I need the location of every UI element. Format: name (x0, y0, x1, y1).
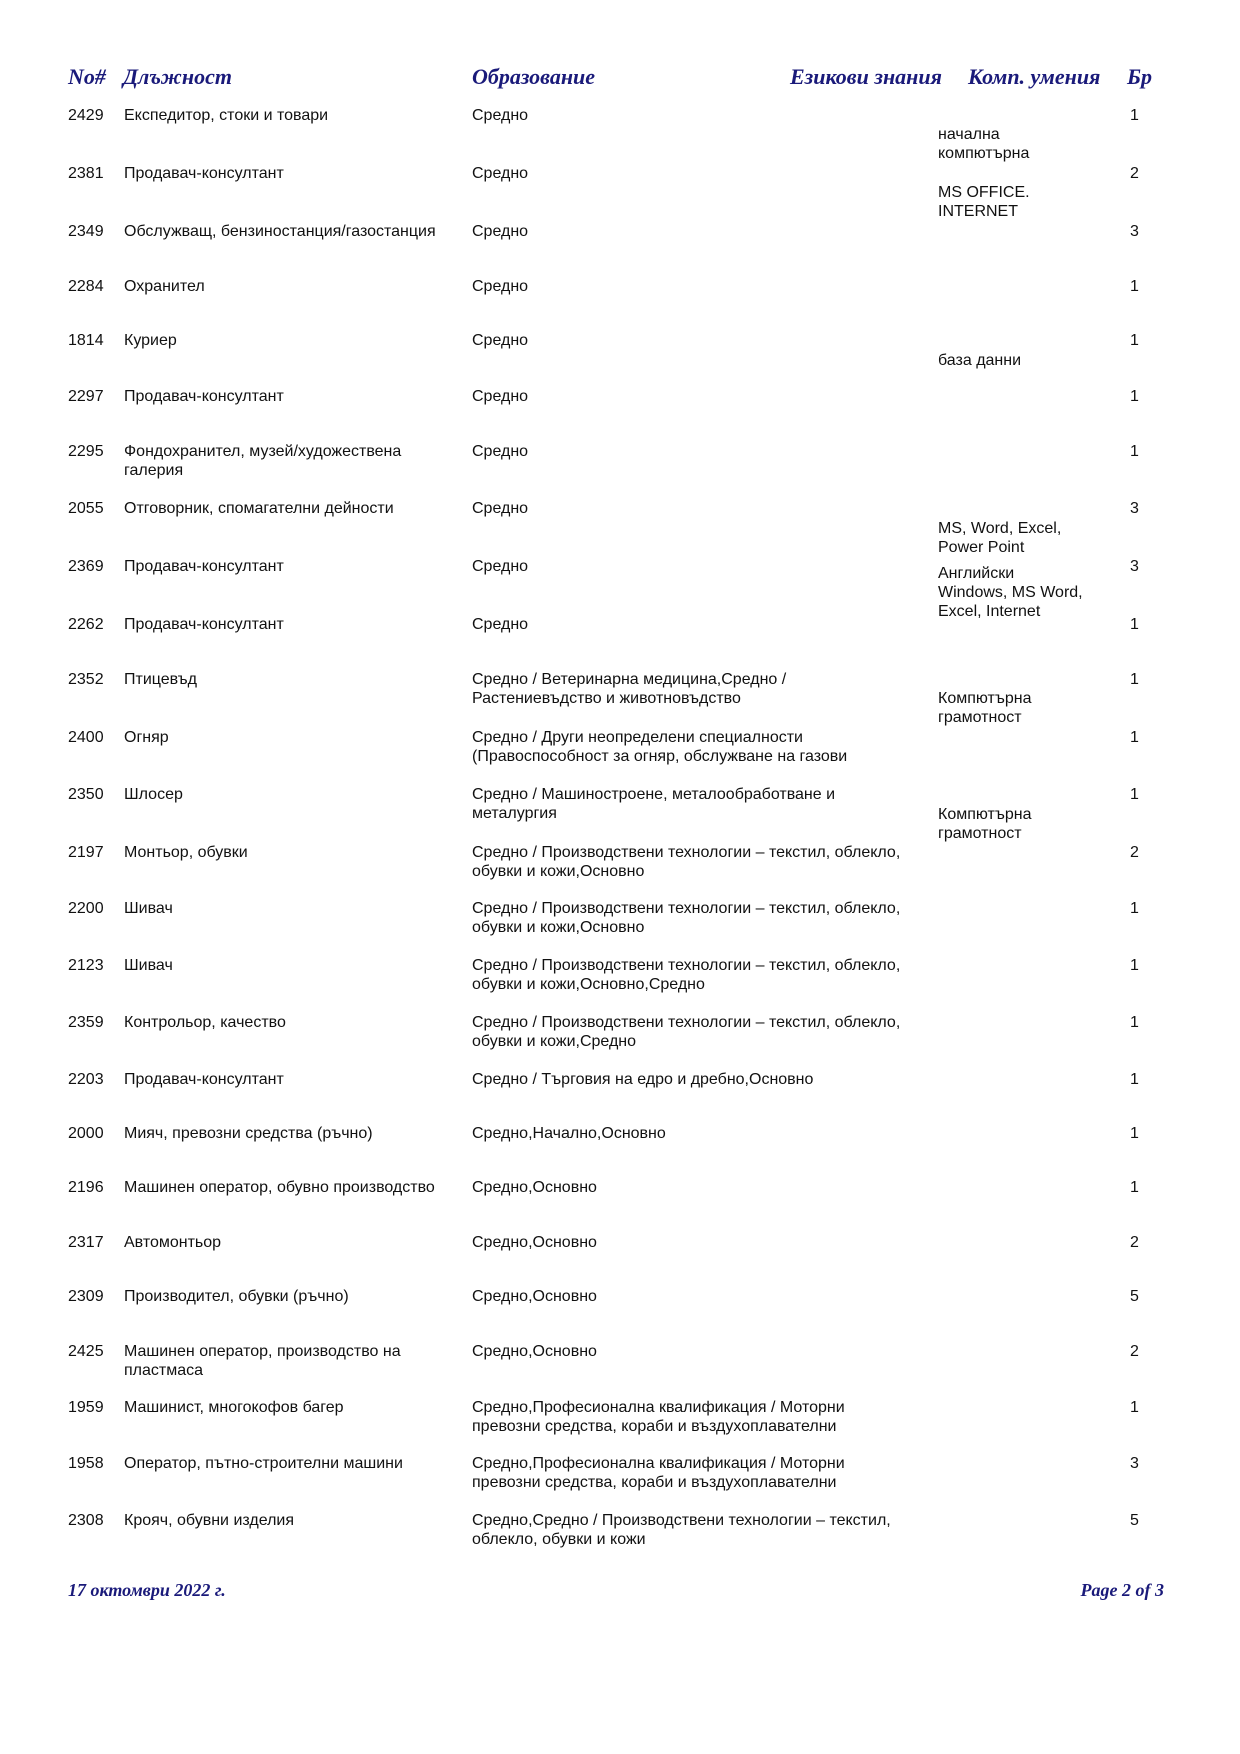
row-education: Средно,Начално,Основно (472, 1124, 666, 1143)
row-position: Отговорник, спомагателни дейности (124, 499, 394, 518)
row-position: Автомонтьор (124, 1233, 221, 1252)
row-education: Средно / Търговия на едро и дребно,Основ… (472, 1070, 813, 1089)
row-count: 1 (1130, 1398, 1139, 1417)
row-position: Обслужващ, бензиностанция/газостанция (124, 222, 436, 241)
row-position: Охранител (124, 277, 205, 296)
column-header-languages: Езикови знания (790, 64, 942, 90)
row-number: 2295 (68, 442, 104, 461)
row-position: Експедитор, стоки и товари (124, 106, 328, 125)
row-count: 2 (1130, 1342, 1139, 1361)
row-position: Продавач-консултант (124, 387, 284, 406)
row-count: 1 (1130, 277, 1139, 296)
row-count: 2 (1130, 843, 1139, 862)
row-count: 1 (1130, 442, 1139, 461)
row-number: 1959 (68, 1398, 104, 1417)
row-number: 2203 (68, 1070, 104, 1089)
row-education: Средно (472, 499, 528, 518)
computer-skill-text: Компютърна грамотност (938, 805, 1032, 843)
row-education: Средно / Ветеринарна медицина,Средно / Р… (472, 670, 786, 708)
row-position: Продавач-консултант (124, 615, 284, 634)
row-count: 2 (1130, 164, 1139, 183)
row-count: 1 (1130, 670, 1139, 689)
row-count: 1 (1130, 956, 1139, 975)
row-education: Средно,Основно (472, 1287, 597, 1306)
computer-skill-text: MS, Word, Excel, Power Point (938, 519, 1061, 557)
row-number: 2352 (68, 670, 104, 689)
row-position: Машинен оператор, производство на пластм… (124, 1342, 401, 1380)
row-education: Средно,Професионална квалификация / Мото… (472, 1398, 845, 1436)
row-number: 2055 (68, 499, 104, 518)
row-number: 2284 (68, 277, 104, 296)
row-position: Куриер (124, 331, 177, 350)
row-education: Средно (472, 164, 528, 183)
row-number: 1958 (68, 1454, 104, 1473)
computer-skill-text: Английски (938, 564, 1014, 583)
row-number: 2000 (68, 1124, 104, 1143)
row-count: 3 (1130, 557, 1139, 576)
row-education: Средно / Други неопределени специалности… (472, 728, 847, 766)
row-count: 5 (1130, 1511, 1139, 1530)
row-number: 2350 (68, 785, 104, 804)
row-number: 2123 (68, 956, 104, 975)
row-education: Средно (472, 387, 528, 406)
row-education: Средно / Машиностроене, металообработван… (472, 785, 835, 823)
row-position: Шивач (124, 899, 173, 918)
row-position: Фондохранител, музей/художествена галери… (124, 442, 401, 480)
row-education: Средно (472, 106, 528, 125)
row-number: 2196 (68, 1178, 104, 1197)
row-number: 2425 (68, 1342, 104, 1361)
row-number: 2400 (68, 728, 104, 747)
row-position: Оператор, пътно-строителни машини (124, 1454, 403, 1473)
row-position: Птицевъд (124, 670, 197, 689)
row-number: 2317 (68, 1233, 104, 1252)
row-education: Средно (472, 442, 528, 461)
row-education: Средно (472, 557, 528, 576)
row-education: Средно (472, 222, 528, 241)
row-number: 2297 (68, 387, 104, 406)
row-count: 3 (1130, 1454, 1139, 1473)
row-number: 2429 (68, 106, 104, 125)
row-number: 2349 (68, 222, 104, 241)
row-count: 1 (1130, 1178, 1139, 1197)
row-position: Производител, обувки (ръчно) (124, 1287, 349, 1306)
row-count: 5 (1130, 1287, 1139, 1306)
row-position: Машинен оператор, обувно производство (124, 1178, 435, 1197)
row-count: 1 (1130, 728, 1139, 747)
row-position: Шлосер (124, 785, 183, 804)
column-header-count: Бр (1127, 64, 1152, 90)
row-education: Средно,Средно / Производствени технологи… (472, 1511, 891, 1549)
row-count: 1 (1130, 106, 1139, 125)
footer-date: 17 октомври 2022 г. (68, 1580, 226, 1601)
row-position: Огняр (124, 728, 169, 747)
row-education: Средно,Професионална квалификация / Мото… (472, 1454, 845, 1492)
row-position: Крояч, обувни изделия (124, 1511, 294, 1530)
row-position: Продавач-консултант (124, 164, 284, 183)
row-position: Машинист, многокофов багер (124, 1398, 344, 1417)
row-count: 1 (1130, 785, 1139, 804)
computer-skill-text: MS OFFICE. INTERNET (938, 183, 1030, 221)
column-header-no: No# (68, 64, 106, 90)
row-position: Продавач-консултант (124, 557, 284, 576)
row-count: 1 (1130, 899, 1139, 918)
column-header-education: Образование (472, 64, 595, 90)
computer-skill-text: Компютърна грамотност (938, 689, 1032, 727)
row-number: 2369 (68, 557, 104, 576)
row-count: 1 (1130, 1070, 1139, 1089)
row-number: 2197 (68, 843, 104, 862)
row-count: 1 (1130, 1013, 1139, 1032)
row-education: Средно / Производствени технологии – тек… (472, 1013, 900, 1051)
row-position: Мияч, превозни средства (ръчно) (124, 1124, 373, 1143)
row-position: Контрольор, качество (124, 1013, 286, 1032)
row-count: 1 (1130, 1124, 1139, 1143)
row-number: 2200 (68, 899, 104, 918)
row-education: Средно,Основно (472, 1342, 597, 1361)
row-count: 1 (1130, 615, 1139, 634)
row-position: Монтьор, обувки (124, 843, 248, 862)
row-number: 2308 (68, 1511, 104, 1530)
row-count: 2 (1130, 1233, 1139, 1252)
computer-skill-text: Windows, MS Word, Excel, Internet (938, 583, 1083, 621)
row-education: Средно (472, 331, 528, 350)
row-education: Средно (472, 277, 528, 296)
row-number: 1814 (68, 331, 104, 350)
row-position: Шивач (124, 956, 173, 975)
row-number: 2359 (68, 1013, 104, 1032)
row-count: 3 (1130, 222, 1139, 241)
row-count: 1 (1130, 331, 1139, 350)
row-education: Средно / Производствени технологии – тек… (472, 843, 900, 881)
row-number: 2309 (68, 1287, 104, 1306)
row-education: Средно (472, 615, 528, 634)
computer-skill-text: база данни (938, 351, 1021, 370)
computer-skill-text: начална компютърна (938, 125, 1029, 163)
row-education: Средно / Производствени технологии – тек… (472, 956, 900, 994)
footer-page-number: Page 2 of 3 (1081, 1580, 1164, 1601)
row-number: 2381 (68, 164, 104, 183)
row-count: 1 (1130, 387, 1139, 406)
row-position: Продавач-консултант (124, 1070, 284, 1089)
row-education: Средно / Производствени технологии – тек… (472, 899, 900, 937)
row-education: Средно,Основно (472, 1178, 597, 1197)
row-number: 2262 (68, 615, 104, 634)
row-count: 3 (1130, 499, 1139, 518)
column-header-computer-skills: Комп. умения (968, 64, 1100, 90)
row-education: Средно,Основно (472, 1233, 597, 1252)
column-header-position: Длъжност (123, 64, 232, 90)
